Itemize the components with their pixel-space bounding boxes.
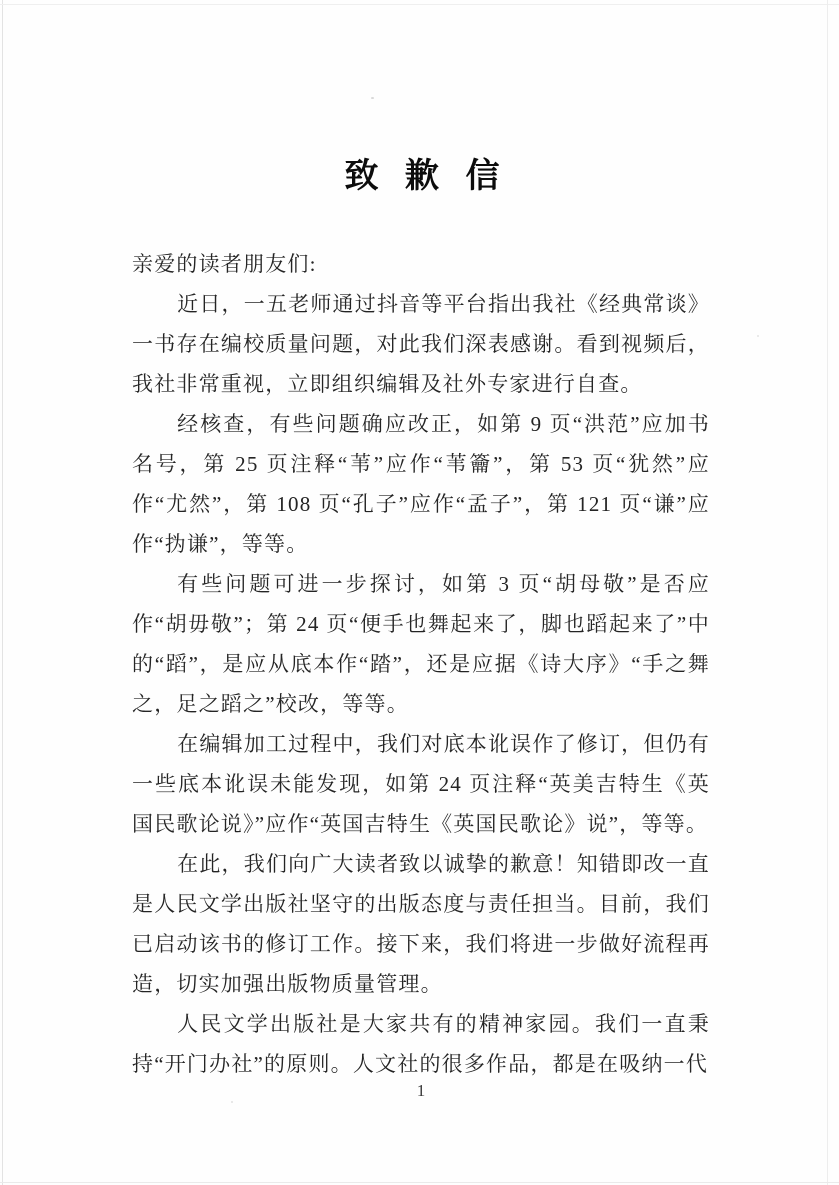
paragraph-4: 在编辑加工过程中，我们对底本讹误作了修订，但仍有一些底本讹误未能发现，如第 24… (132, 724, 710, 844)
scan-edge-right (827, 0, 828, 1185)
scan-speck (231, 1101, 233, 1103)
scanned-document-page: 致 歉 信 亲爱的读者朋友们: 近日，一五老师通过抖音等平台指出我社《经典常谈》… (0, 0, 839, 1185)
scan-edge-left (2, 0, 3, 1185)
paragraph-1: 近日，一五老师通过抖音等平台指出我社《经典常谈》一书存在编校质量问题，对此我们深… (132, 284, 710, 404)
page-number: 1 (132, 1081, 710, 1101)
letter-body: 亲爱的读者朋友们: 近日，一五老师通过抖音等平台指出我社《经典常谈》一书存在编校… (132, 244, 710, 1084)
paragraph-5: 在此，我们向广大读者致以诚挚的歉意！知错即改一直是人民文学出版社坚守的出版态度与… (132, 844, 710, 1004)
document-title: 致 歉 信 (133, 148, 711, 197)
scan-edge-top (0, 4, 839, 5)
paragraph-3: 有些问题可进一步探讨，如第 3 页“胡母敬”是否应作“胡毋敬”；第 24 页“便… (132, 564, 710, 724)
scan-speck (371, 97, 374, 99)
scan-speck (757, 335, 759, 337)
scan-edge-bottom (0, 1182, 839, 1183)
salutation: 亲爱的读者朋友们: (132, 244, 710, 284)
paragraph-6: 人民文学出版社是大家共有的精神家园。我们一直秉持“开门办社”的原则。人文社的很多… (132, 1004, 710, 1084)
paragraph-2: 经核查，有些问题确应改正，如第 9 页“洪范”应加书名号，第 25 页注释“苇”… (132, 404, 710, 564)
